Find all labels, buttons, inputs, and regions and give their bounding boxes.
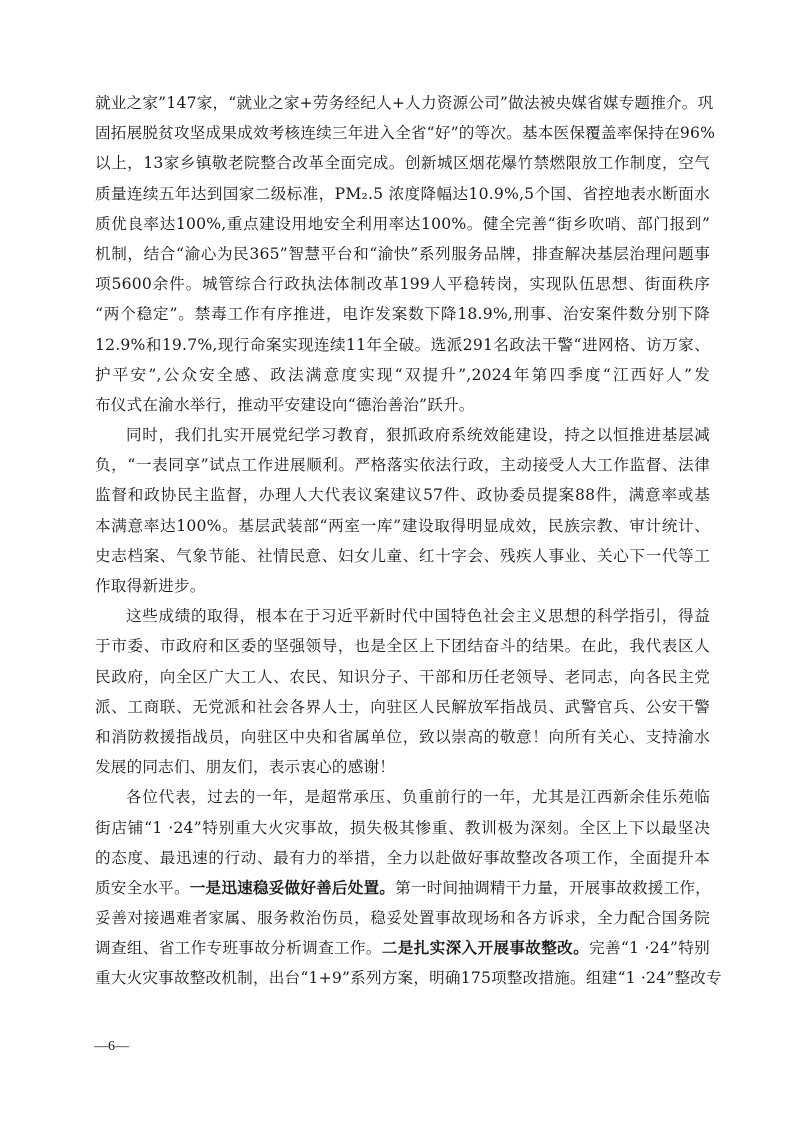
paragraph-fire-accident-response: 各位代表，过去的一年，是超常承压、负重前行的一年，尤其是江西新余佳乐苑临 街店铺… — [95, 782, 710, 993]
text-line: 负，“一表同享”试点工作进展顺利。严格落实依法行政，主动接受人大工作监督、法律 — [95, 450, 710, 480]
paragraph-governance: 同时，我们扎实开展党纪学习教育，狠抓政府系统效能建设，持之以恒推进基层减 负，“… — [95, 420, 710, 601]
text-segment: 完善“1 ·24”特别 — [589, 939, 710, 957]
text-line-with-heading: 质安全水平。一是迅速稳妥做好善后处置。第一时间抽调精干力量，开展事故救援工作， — [95, 873, 710, 903]
text-line: 就业之家”147家，“就业之家+劳务经纪人+人力资源公司”做法被央媒省媒专题推介… — [95, 88, 710, 118]
text-line: 和消防救援指战员，向驻区中央和省属单位，致以崇高的敬意！向所有关心、支持渝水 — [95, 722, 710, 752]
text-line: 布仪式在渝水举行，推动平安建设向“德治善治”跃升。 — [95, 390, 710, 420]
text-line: 于市委、市政府和区委的坚强领导，也是全区上下团结奋斗的结果。在此，我代表区人 — [95, 631, 710, 661]
text-line: 监督和政协民主监督，办理人大代表议案建议57件、政协委员提案88件，满意率或基 — [95, 480, 710, 510]
bold-subheading-aftermath: 一是迅速稳妥做好善后处置。 — [190, 878, 395, 897]
text-line: 本满意率达100%。基层武装部“两室一库”建设取得明显成效，民族宗教、审计统计、 — [95, 511, 710, 541]
text-line: 固拓展脱贫攻坚成果成效考核连续三年进入全省“好”的等次。基本医保覆盖率保持在96… — [95, 118, 710, 148]
text-segment: 调查组、省工作专班事故分析调查工作。 — [95, 939, 382, 957]
text-line: 护平安”,公众安全感、政法满意度实现“双提升”,2024年第四季度“江西好人”发 — [95, 360, 710, 390]
text-line: 这些成绩的取得，根本在于习近平新时代中国特色社会主义思想的科学指引，得益 — [95, 601, 710, 631]
text-line: 同时，我们扎实开展党纪学习教育，狠抓政府系统效能建设，持之以恒推进基层减 — [95, 420, 710, 450]
text-line: 发展的同志们、朋友们，表示衷心的感谢！ — [95, 752, 710, 782]
text-line: 派、工商联、无党派和社会各界人士，向驻区人民解放军指战员、武警官兵、公安干警 — [95, 692, 710, 722]
text-line: 机制，结合“渝心为民365”智慧平台和“渝快”系列服务品牌，排查解决基层治理问题… — [95, 239, 710, 269]
text-line: 妥善对接遇难者家属、服务救治伤员，稳妥处置事故现场和各方诉求，全力配合国务院 — [95, 903, 710, 933]
text-line: 的态度、最迅速的行动、最有力的举措，全力以赴做好事故整改各项工作，全面提升本 — [95, 843, 710, 873]
text-segment: 质安全水平。 — [95, 879, 190, 897]
paragraph-employment-poverty-safety: 就业之家”147家，“就业之家+劳务经纪人+人力资源公司”做法被央媒省媒专题推介… — [95, 88, 710, 420]
text-line: 街店铺“1 ·24”特别重大火灾事故，损失极其惨重、教训极为深刻。全区上下以最坚… — [95, 813, 710, 843]
document-body: 就业之家”147家，“就业之家+劳务经纪人+人力资源公司”做法被央媒省媒专题推介… — [95, 88, 710, 994]
page-number: —6— — [94, 1036, 129, 1058]
text-line: 作取得新进步。 — [95, 571, 710, 601]
text-line: 各位代表，过去的一年，是超常承压、负重前行的一年，尤其是江西新余佳乐苑临 — [95, 782, 710, 812]
text-line: 以上，13家乡镇敬老院整合改革全面完成。创新城区烟花爆竹禁燃限放工作制度，空气 — [95, 148, 710, 178]
text-line: 12.9%和19.7%,现行命案实现连续11年全破。选派291名政法干警“进网格… — [95, 330, 710, 360]
bold-subheading-rectification: 二是扎实深入开展事故整改。 — [382, 938, 589, 957]
text-line: “两个稳定”。禁毒工作有序推进，电诈发案数下降18.9%,刑事、治安案件数分别下… — [95, 299, 710, 329]
text-line-with-heading: 调查组、省工作专班事故分析调查工作。二是扎实深入开展事故整改。完善“1 ·24”… — [95, 933, 710, 963]
document-page: 就业之家”147家，“就业之家+劳务经纪人+人力资源公司”做法被央媒省媒专题推介… — [0, 0, 793, 1122]
text-line: 项5600余件。城管综合行政执法体制改革199人平稳转岗，实现队伍思想、街面秩序 — [95, 269, 710, 299]
text-line: 质优良率达100%,重点建设用地安全利用率达100%。健全完善“街乡吹哨、部门报… — [95, 209, 710, 239]
paragraph-acknowledgements: 这些成绩的取得，根本在于习近平新时代中国特色社会主义思想的科学指引，得益 于市委… — [95, 601, 710, 782]
text-segment: 第一时间抽调精干力量，开展事故救援工作， — [395, 879, 711, 897]
text-line: 史志档案、气象节能、社情民意、妇女儿童、红十字会、残疾人事业、关心下一代等工 — [95, 541, 710, 571]
text-line: 重大火灾事故整改机制，出台“1+9”系列方案，明确175项整改措施。组建“1 ·… — [95, 963, 710, 993]
text-line: 质量连续五年达到国家二级标准，PM₂.5 浓度降幅达10.9%,5个国、省控地表… — [95, 179, 710, 209]
text-line: 民政府，向全区广大工人、农民、知识分子、干部和历任老领导、老同志，向各民主党 — [95, 662, 710, 692]
